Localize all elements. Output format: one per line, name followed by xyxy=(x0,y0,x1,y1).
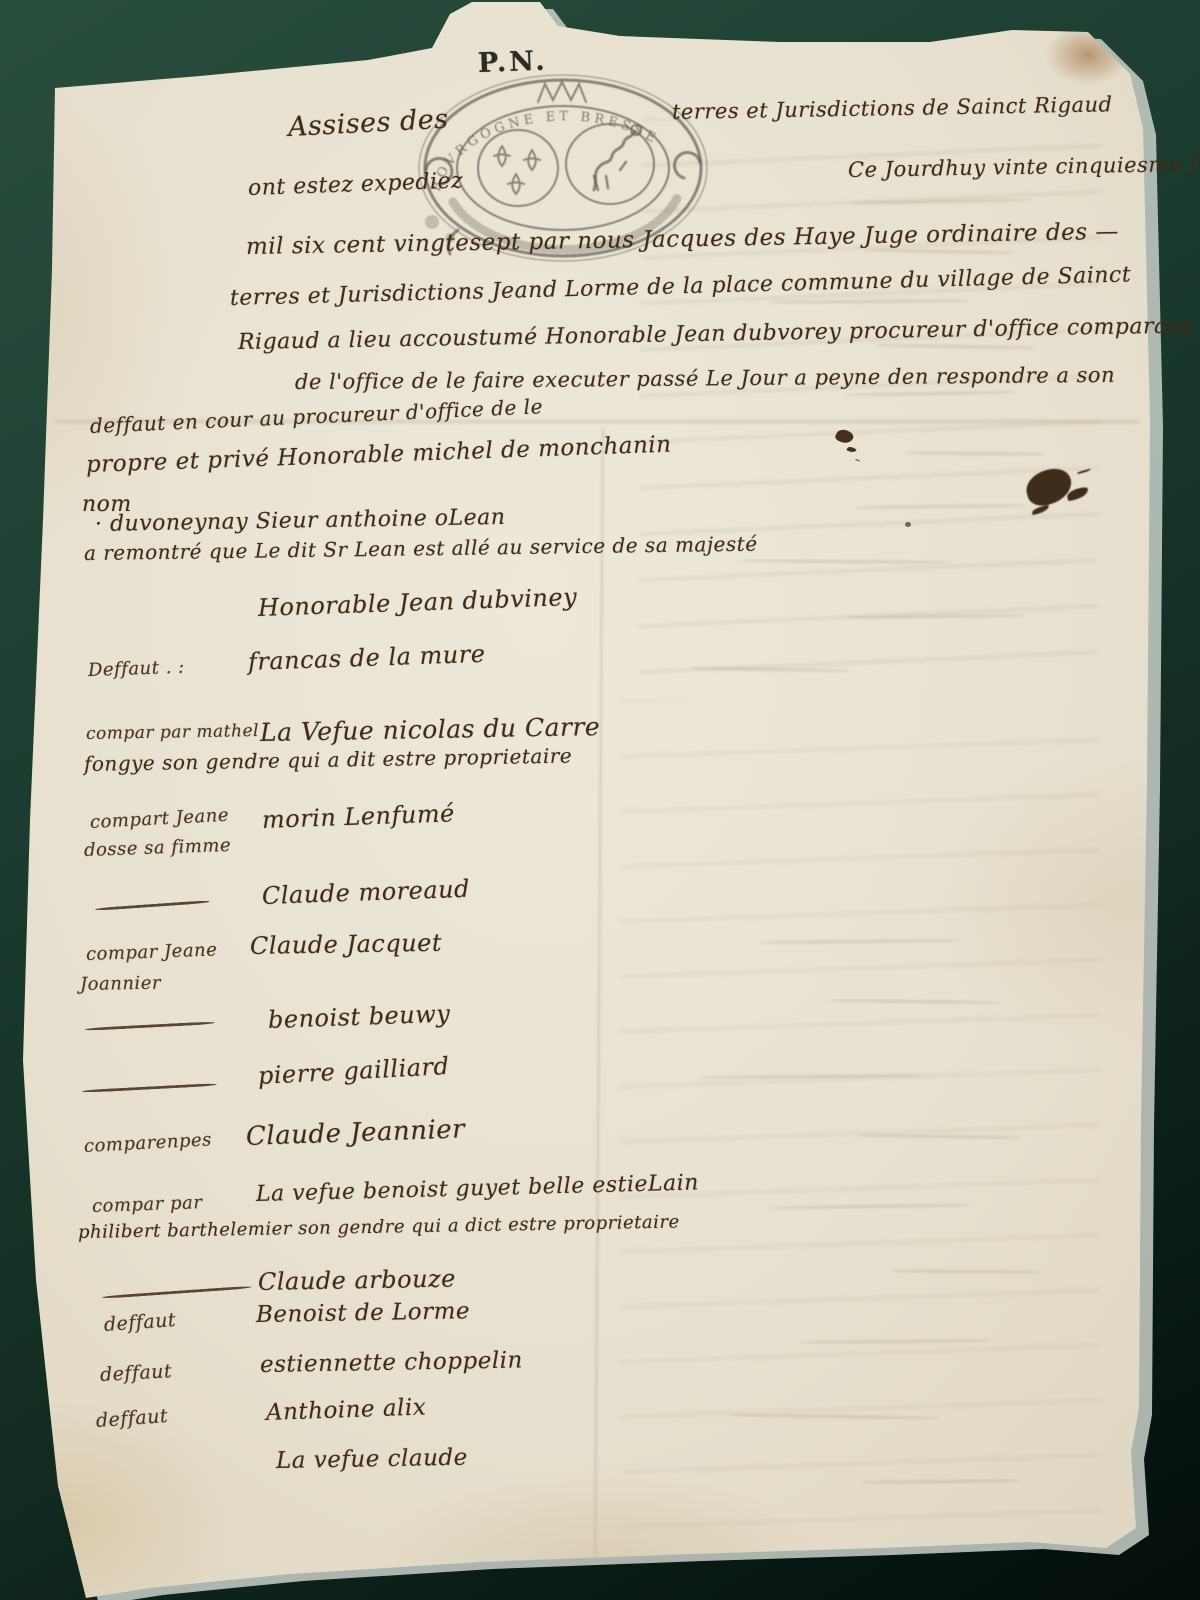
crown-icon xyxy=(538,82,586,102)
roll-name: Claude arbouze xyxy=(258,1265,456,1296)
margin-note: Deffaut . : xyxy=(88,657,185,681)
margin-note: compar par mathel xyxy=(86,721,259,744)
bleed-through-lower xyxy=(620,700,1100,1540)
margin-note: Joannier xyxy=(80,973,161,995)
roll-name: Benoist de Lorme xyxy=(256,1298,470,1328)
fleur-de-lis-shield-icon xyxy=(478,130,558,206)
margin-note: deffaut xyxy=(99,1360,172,1386)
lion-shield-icon xyxy=(566,124,654,204)
stamp-initials: P.N. xyxy=(477,46,548,79)
stamp-legend-text: BOVRGOGNE ET BRESSE xyxy=(429,109,662,193)
stamp-flourish-right xyxy=(674,152,700,178)
margin-note: compar par xyxy=(92,1192,203,1217)
photo-background: BOVRGOGNE ET BRESSE P.N. Assises des ter… xyxy=(0,0,1200,1600)
roll-name: La vefue claude xyxy=(276,1445,468,1474)
ink-dot xyxy=(905,522,911,527)
stamp-legend: BOVRGOGNE ET BRESSE xyxy=(429,109,662,193)
roll-name: La Vefue nicolas du Carre xyxy=(260,712,601,747)
roll-name: estiennette choppelin xyxy=(260,1347,523,1378)
roll-name: Claude Jacquet xyxy=(250,929,443,960)
